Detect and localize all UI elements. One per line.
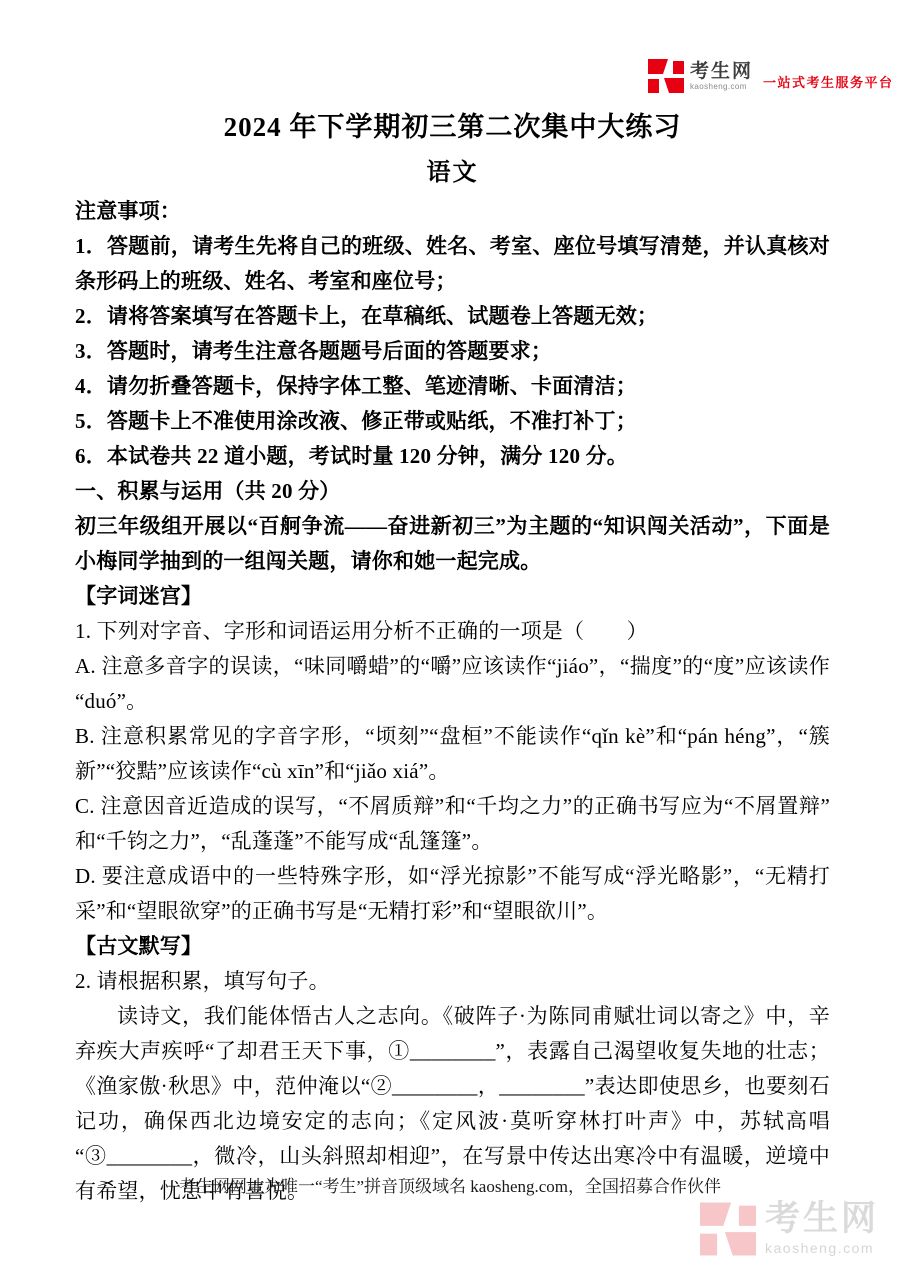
body-text: 注意事项： 1．答题前，请考生先将自己的班级、姓名、考室、座位号填写清楚，并认真… xyxy=(75,194,830,1209)
notice-item-5: 5．答题卡上不准使用涂改液、修正带或贴纸，不准打补丁； xyxy=(75,404,830,439)
kaosheng-logo: 考生网 kaosheng.com 一站式考生服务平台 xyxy=(648,58,894,94)
q1-option-b: B. 注意积累常见的字音字形，“顷刻”“盘桓”不能读作“qǐn kè”和“pán… xyxy=(75,719,830,789)
logo-text: 考生网 kaosheng.com xyxy=(690,62,753,91)
section-intro: 初三年级组开展以“百舸争流——奋进新初三”为主题的“知识闯关活动”，下面是小梅同… xyxy=(75,509,830,579)
label-word-maze: 【字词迷宫】 xyxy=(75,579,830,614)
exam-paper-page: 考生网 kaosheng.com 一站式考生服务平台 2024 年下学期初三第二… xyxy=(0,0,900,1272)
subject-title: 语文 xyxy=(75,158,830,188)
section-heading: 一、积累与运用（共 20 分） xyxy=(75,474,830,509)
document-content: 2024 年下学期初三第二次集中大练习 语文 注意事项： 1．答题前，请考生先将… xyxy=(0,0,900,1209)
watermark-name: 考生网 xyxy=(765,1201,879,1236)
kaosheng-logo-icon xyxy=(648,58,684,94)
label-classical-dictation: 【古文默写】 xyxy=(75,929,830,964)
page-title: 2024 年下学期初三第二次集中大练习 xyxy=(75,112,830,142)
q1-option-d: D. 要注意成语中的一些特殊字形，如“浮光掠影”不能写成“浮光略影”，“无精打采… xyxy=(75,859,830,929)
logo-name: 考生网 xyxy=(690,62,753,81)
kaosheng-watermark: 考生网 kaosheng.com xyxy=(700,1201,879,1257)
notice-item-6: 6．本试卷共 22 道小题，考试时量 120 分钟，满分 120 分。 xyxy=(75,439,830,474)
notice-item-3: 3．答题时，请考生注意各题题号后面的答题要求； xyxy=(75,334,830,369)
q1-option-c: C. 注意因音近造成的误写，“不屑质辩”和“千均之力”的正确书写应为“不屑置辩”… xyxy=(75,789,830,859)
notice-item-4: 4．请勿折叠答题卡，保持字体工整、笔迹清晰、卡面清洁； xyxy=(75,369,830,404)
q2-stem: 2. 请根据积累，填写句子。 xyxy=(75,964,830,999)
notice-item-2: 2．请将答案填写在答题卡上，在草稿纸、试题卷上答题无效； xyxy=(75,299,830,334)
notice-heading: 注意事项： xyxy=(75,194,830,229)
notice-item-1: 1．答题前，请考生先将自己的班级、姓名、考室、座位号填写清楚，并认真核对条形码上… xyxy=(75,229,830,299)
kaosheng-watermark-icon xyxy=(700,1201,756,1257)
q1-option-a: A. 注意多音字的误读，“味同嚼蜡”的“嚼”应该读作“jiáo”，“揣度”的“度… xyxy=(75,649,830,719)
footer-text: 考生网网址为唯一“考生”拼音顶级域名 kaosheng.com，全国招募合作伙伴 xyxy=(0,1174,900,1200)
watermark-domain: kaosheng.com xyxy=(765,1241,879,1255)
watermark-text: 考生网 kaosheng.com xyxy=(765,1201,879,1255)
q1-stem: 1. 下列对字音、字形和词语运用分析不正确的一项是（ ） xyxy=(75,614,830,649)
logo-domain: kaosheng.com xyxy=(690,83,753,91)
logo-tagline: 一站式考生服务平台 xyxy=(763,72,894,91)
